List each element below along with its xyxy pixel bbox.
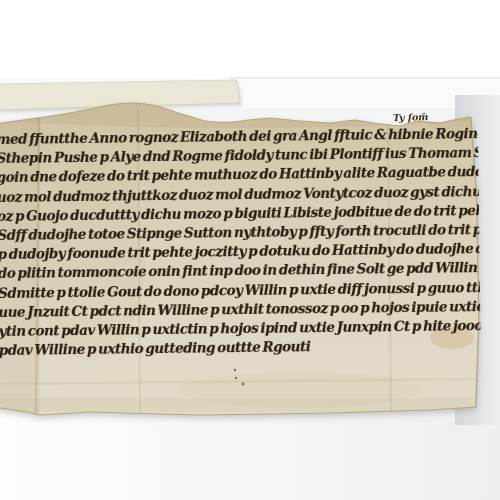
ink-speck: [242, 383, 245, 386]
ink-speck: [234, 369, 236, 371]
ink-speck: [235, 377, 237, 379]
manuscript-photograph: med ffuntthe Anno rognoz Elizaboth dei g…: [0, 0, 500, 500]
backdrop-below-parchment: [0, 406, 500, 500]
backdrop-seam: [230, 77, 500, 78]
parchment-bottom-shade: [0, 398, 480, 412]
manuscript-text: med ffuntthe Anno rognoz Elizaboth dei g…: [0, 125, 481, 365]
